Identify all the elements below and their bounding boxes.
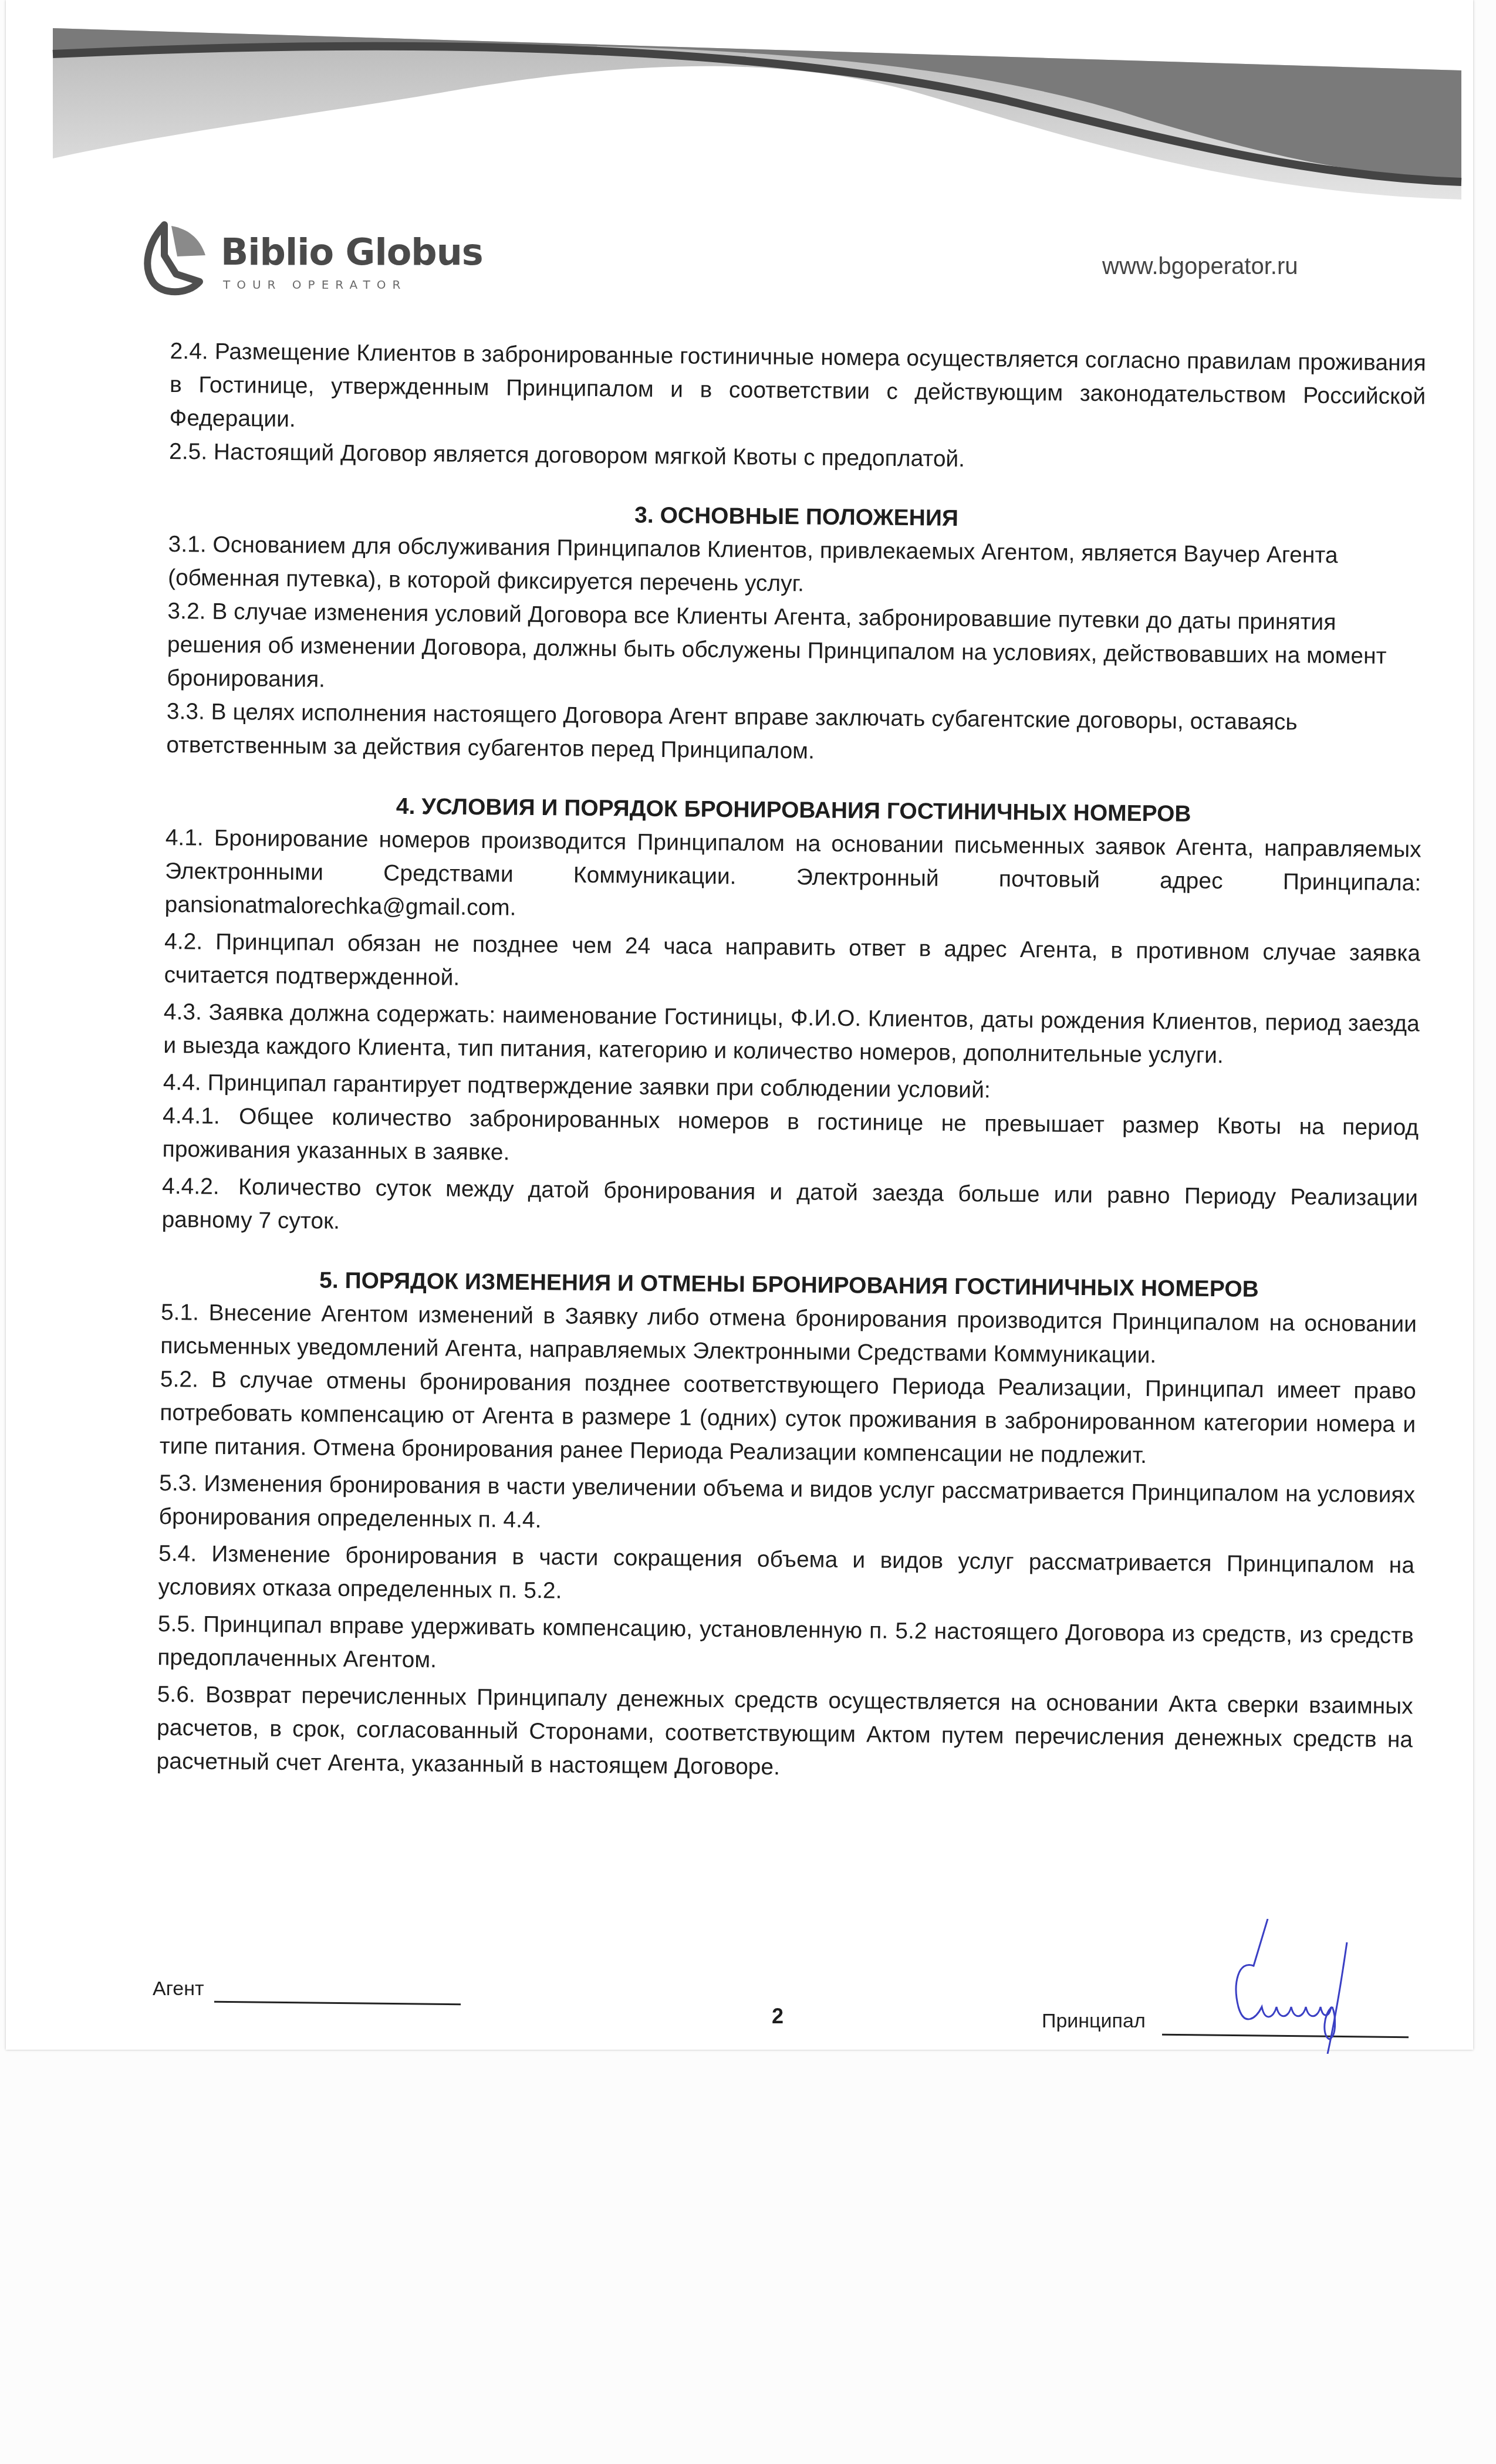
page-number: 2 bbox=[772, 2004, 784, 2029]
clause-4-4-1: 4.4.1.Общее количество забронированных н… bbox=[162, 1099, 1419, 1178]
clause-3-2: 3.2. В случае изменения условий Договора… bbox=[167, 594, 1424, 707]
clause-4-2: 4.2. Принципал обязан не позднее чем 24 … bbox=[164, 925, 1420, 1004]
clause-2-4: 2.4. Размещение Клиентов в забронированн… bbox=[169, 334, 1426, 447]
header-wave-banner bbox=[6, 0, 1473, 211]
clause-4-4-2: 4.4.2.Количество суток между датой брони… bbox=[161, 1170, 1418, 1249]
brand-subtitle: TOUR OPERATOR bbox=[223, 278, 407, 292]
clause-4-3: 4.3. Заявка должна содержать: наименован… bbox=[163, 995, 1420, 1074]
clause-5-1: 5.1. Внесение Агентом изменений в Заявку… bbox=[160, 1296, 1417, 1375]
principal-email[interactable]: pansionatmalorechka@gmail.com. bbox=[164, 892, 516, 921]
website-link[interactable]: www.bgoperator.ru bbox=[1102, 254, 1298, 280]
clause-5-3: 5.3. Изменения бронирования в части увел… bbox=[158, 1466, 1415, 1546]
agent-label: Агент bbox=[153, 1978, 204, 2000]
clause-4-4-1-text: Общее количество забронированных номеров… bbox=[162, 1104, 1419, 1165]
document-page: Biblio Globus TOUR OPERATOR www.bgoperat… bbox=[6, 0, 1473, 2050]
clause-4-4-2-text: Количество суток между датой бронировани… bbox=[161, 1174, 1418, 1234]
logo-mark-icon bbox=[141, 220, 211, 296]
clause-3-1: 3.1. Основанием для обслуживания Принцип… bbox=[168, 528, 1424, 607]
principal-signature-icon bbox=[1197, 1919, 1444, 2054]
clause-4-4-2-number: 4.4.2. bbox=[162, 1170, 239, 1204]
contract-body: 2.4. Размещение Клиентов в забронированн… bbox=[156, 334, 1426, 1790]
principal-label: Принципал bbox=[1042, 2010, 1146, 2033]
clause-4-1-text: 4.1. Бронирование номеров производится П… bbox=[165, 825, 1421, 896]
clause-5-5: 5.5. Принципал вправе удерживать компенс… bbox=[157, 1607, 1414, 1686]
biblio-globus-logo: Biblio Globus TOUR OPERATOR bbox=[141, 220, 493, 302]
clause-5-2: 5.2. В случае отмены бронирования поздне… bbox=[160, 1363, 1417, 1475]
brand-name: Biblio Globus bbox=[221, 231, 483, 273]
clause-4-1: 4.1. Бронирование номеров производится П… bbox=[164, 821, 1421, 934]
clause-5-6: 5.6. Возврат перечисленных Принципалу де… bbox=[156, 1678, 1413, 1790]
clause-5-4: 5.4. Изменение бронирования в части сокр… bbox=[158, 1537, 1414, 1616]
agent-signature-line[interactable] bbox=[214, 2001, 461, 2005]
clause-4-4-1-number: 4.4.1. bbox=[163, 1099, 239, 1133]
clause-3-3: 3.3. В целях исполнения настоящего Догов… bbox=[166, 695, 1423, 774]
